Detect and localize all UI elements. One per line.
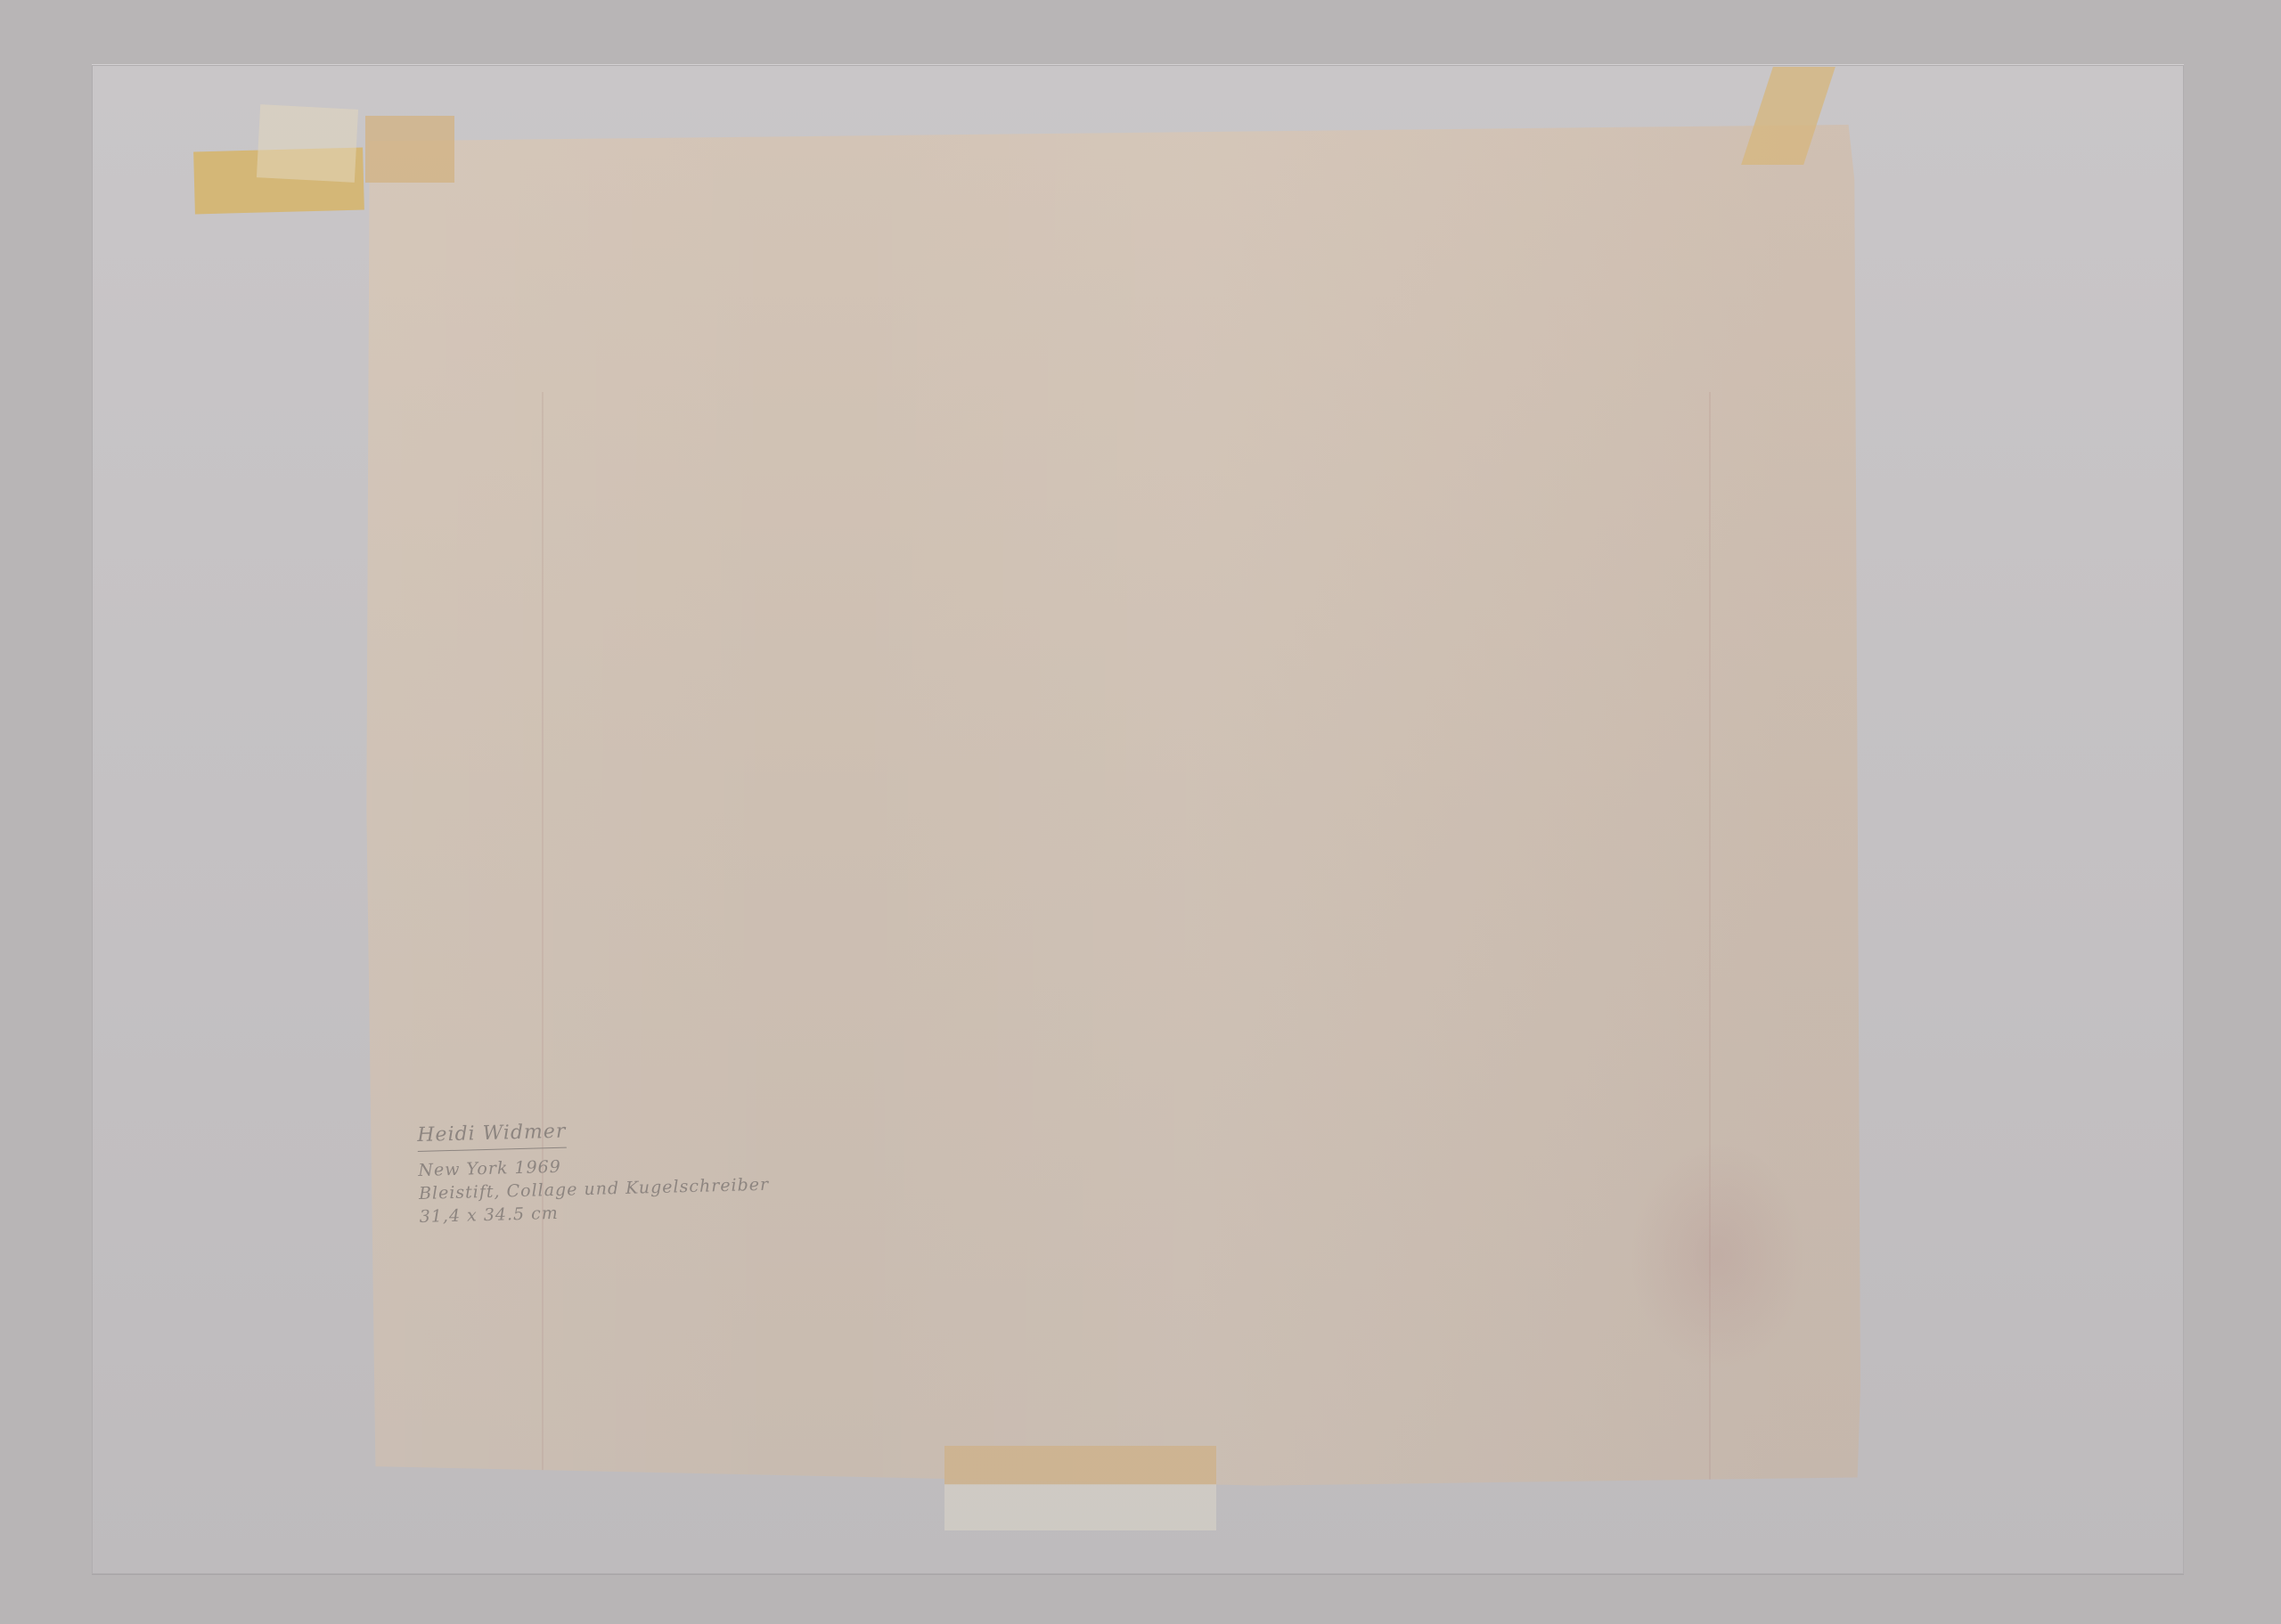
pencil-inscription: Heidi Widmer New York 1969 Bleistift, Co… <box>417 1115 770 1228</box>
artwork-paper-verso <box>364 125 1860 1497</box>
clear-tape-top-left <box>257 104 358 183</box>
masking-tape-bottom <box>944 1446 1216 1530</box>
paper-stain <box>1629 1140 1807 1372</box>
artist-name: Heidi Widmer <box>417 1121 567 1152</box>
masking-tape-top-left-corner <box>365 116 454 183</box>
paper-fold-mark <box>542 392 544 1506</box>
